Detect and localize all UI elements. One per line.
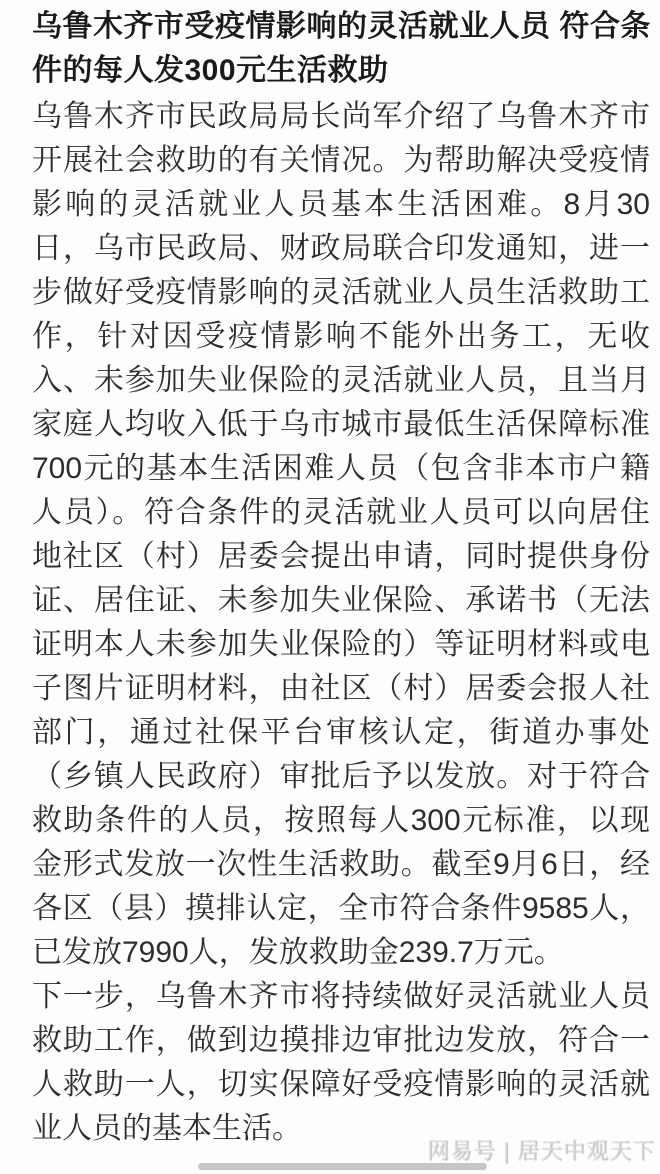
article-page: 乌鲁木齐市受疫情影响的灵活就业人员 符合条 件的每人发300元生活救助 乌鲁木齐… [0,0,660,1174]
article-line: 地社区（村）居委会提出申请，同时提供身份 [32,535,650,579]
article-line: 700元的基本生活困难人员（包含非本市户籍 [32,447,650,491]
article: 乌鲁木齐市受疫情影响的灵活就业人员 符合条 件的每人发300元生活救助 乌鲁木齐… [32,0,650,1151]
article-line: 证明本人未参加失业保险的）等证明材料或电 [32,623,650,667]
article-line: 开展社会救助的有关情况。为帮助解决受疫情 [32,139,650,183]
netease-watermark: 网易号 | 居天中观天下 [427,1134,655,1165]
article-line: 日，乌市民政局、财政局联合印发通知，进一 [32,227,650,271]
article-line: 救助工作，做到边摸排边审批边发放，符合一 [32,1019,650,1063]
article-line: 金形式发放一次性生活救助。截至9月6日，经 [32,843,650,887]
article-line: 乌鲁木齐市民政局局长尚军介绍了乌鲁木齐市 [32,95,650,139]
article-line: 救助条件的人员，按照每人300元标准，以现 [32,799,650,843]
article-line: 入、未参加失业保险的灵活就业人员，且当月 [32,359,650,403]
article-line: 影响的灵活就业人员基本生活困难。8月30 [32,183,650,227]
article-line: 步做好受疫情影响的灵活就业人员生活救助工 [32,271,650,315]
title-line-2: 件的每人发300元生活救助 [32,49,650,93]
article-line: 作，针对因受疫情影响不能外出务工，无收 [32,315,650,359]
bottom-handle-bar [198,1163,487,1170]
article-line: 人救助一人，切实保障好受疫情影响的灵活就 [32,1063,650,1107]
article-title: 乌鲁木齐市受疫情影响的灵活就业人员 符合条 件的每人发300元生活救助 [32,0,650,95]
article-line: 各区（县）摸排认定，全市符合条件9585人， [32,887,650,931]
article-body: 乌鲁木齐市民政局局长尚军介绍了乌鲁木齐市 开展社会救助的有关情况。为帮助解决受疫… [32,95,650,1151]
article-line: 证、居住证、未参加失业保险、承诺书（无法 [32,579,650,623]
article-line: 部门，通过社保平台审核认定，街道办事处 [32,711,650,755]
article-line: 人员）。符合条件的灵活就业人员可以向居住 [32,491,650,535]
title-line-1: 乌鲁木齐市受疫情影响的灵活就业人员 符合条 [32,5,650,49]
article-line: （乡镇人民政府）审批后予以发放。对于符合 [32,755,650,799]
article-line: 子图片证明材料，由社区（村）居委会报人社 [32,667,650,711]
article-line: 已发放7990人，发放救助金239.7万元。 [32,931,650,975]
article-line: 家庭人均收入低于乌市城市最低生活保障标准 [32,403,650,447]
article-line: 下一步，乌鲁木齐市将持续做好灵活就业人员 [32,975,650,1019]
